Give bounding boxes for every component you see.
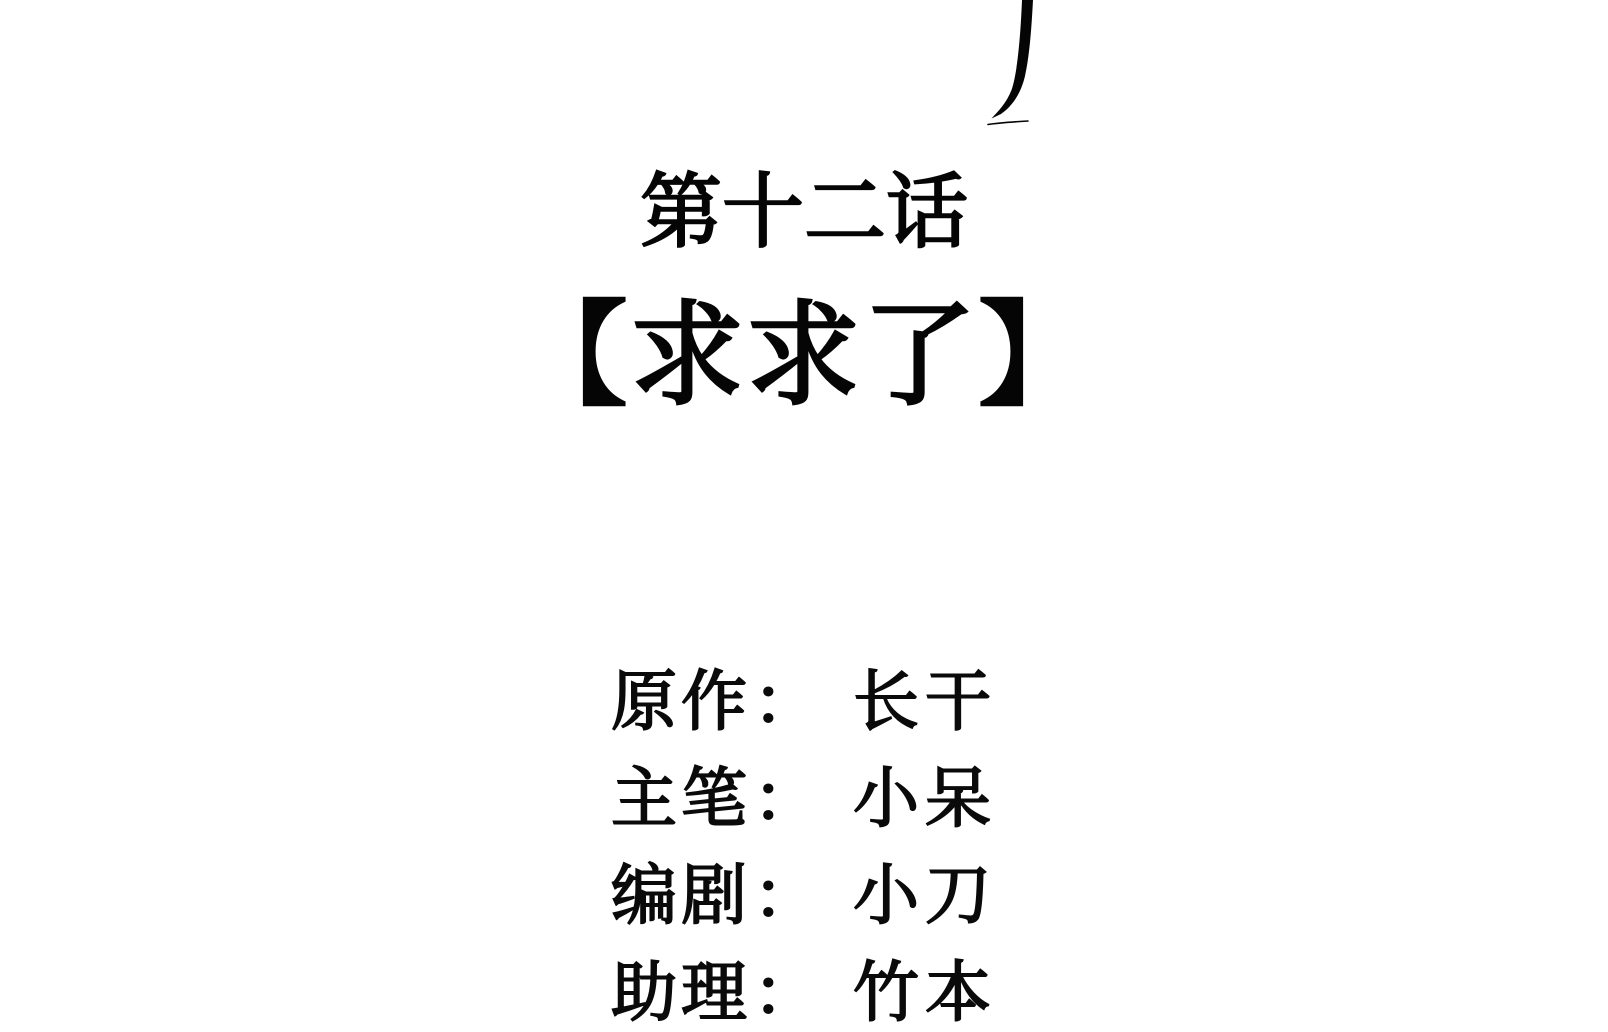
credit-colon: ： [753,862,819,928]
calligraphy-brush-stroke-icon [985,0,1041,132]
credit-role-label: 助理 [611,959,751,1025]
chapter-number-label: 第十二话 [0,172,1608,254]
credit-colon: ： [753,765,819,831]
chapter-title-page: 第十二话 【求求了】 原作：长干 主笔：小呆 编剧：小刀 助理：竹本 [0,0,1608,1032]
credit-name-value: 长干 [853,668,997,734]
credit-role-label: 原作 [611,668,751,734]
credit-row-lead-artist: 主笔：小呆 [611,765,997,831]
credit-role-label: 主笔 [611,765,751,831]
credit-row-screenwriter: 编剧：小刀 [611,862,997,928]
credits-block: 原作：长干 主笔：小呆 编剧：小刀 助理：竹本 [611,668,997,1025]
credit-name-value: 小刀 [853,862,997,928]
chapter-title-text: 【求求了】 [0,300,1608,414]
credit-name-value: 竹本 [853,959,997,1025]
credit-role-label: 编剧 [611,862,751,928]
credit-colon: ： [753,668,819,734]
credit-row-assistant: 助理：竹本 [611,959,997,1025]
credit-row-original-author: 原作：长干 [611,668,997,734]
credit-colon: ： [753,959,819,1025]
credit-name-value: 小呆 [853,765,997,831]
